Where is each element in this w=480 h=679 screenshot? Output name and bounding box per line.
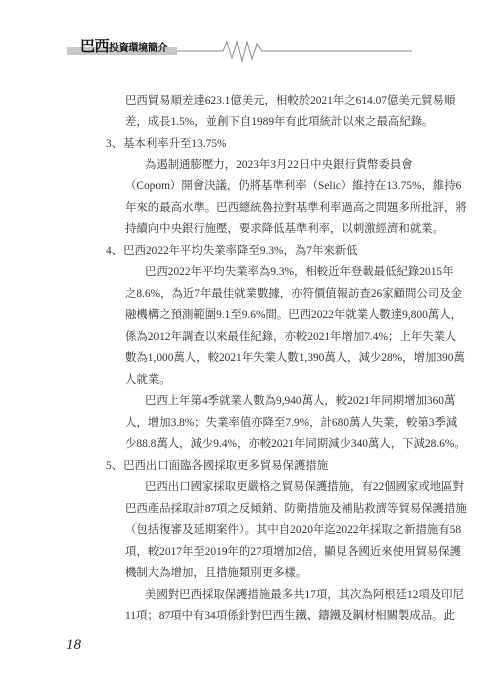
paragraph-line: 人，增加3.8%；失業率值亦降至7.9%，計680萬人失業，較第3季減 [125, 416, 412, 430]
paragraph-line: 融機構之預測範圍9.1至9.6%間。巴西2022年就業人數達9,800萬人， [125, 308, 412, 322]
paragraph-line: 之8.6%，為近7年最佳就業數據，亦符價值報訪查26家顧問公司及金 [125, 287, 412, 301]
paragraph-line: （包括復審及延期案件）。其中自2020年迄2022年採取之新措施有58 [125, 523, 412, 537]
paragraph-line: 少88.8萬人，減少9.4%，亦較2021年同期減少340萬人，下減28.6%。 [125, 437, 412, 451]
paragraph-line: 11項；87項中有34項係針對巴西生鐵、鑄鐵及鋼材相關製成品。此 [125, 609, 412, 623]
paragraph-line: 人就業。 [125, 373, 412, 387]
paragraph-line: 巴西2022年平均失業率為9.3%，相較近年登載最低紀錄2015年 [145, 265, 412, 279]
document-body: 巴西貿易順差達623.1億美元，相較於2021年之614.07億美元貿易順 差，… [0, 0, 480, 679]
paragraph-line: 巴西上年第4季就業人數為9,940萬人，較2021年同期增加360萬 [145, 394, 412, 408]
paragraph-line: 係為2012年調查以來最佳紀錄，亦較2021年增加7.4%；上年失業人 [125, 330, 412, 344]
paragraph-line: 巴西出口國家採取更嚴格之貿易保護措施，有22個國家或地區對 [145, 480, 412, 494]
paragraph-line: 機制大為增加，且措施類別更多樣。 [125, 566, 412, 580]
section-heading-4: 4、巴西2022年平均失業率降至9.3%，為7年來新低 [106, 244, 358, 258]
paragraph-line: 差，成長1.5%，並創下自1989年有此項統計以來之最高紀錄。 [125, 115, 412, 129]
paragraph-line: 美國對巴西採取保護措施最多共17項，其次為阿根廷12項及印尼 [145, 588, 412, 602]
paragraph-line: 年來的最高水準。巴西總統魯拉對基準利率過高之問題多所批評，將 [125, 201, 412, 215]
section-heading-3: 3、基本利率升至13.75% [106, 137, 227, 151]
paragraph-line: 巴西產品採取計87項之反傾銷、防衛措施及補貼救濟等貿易保護措施 [125, 502, 412, 516]
paragraph-line: 項，較2017年至2019年的27項增加2倍，顯見各國近來使用貿易保護 [125, 545, 412, 559]
paragraph-line: 巴西貿易順差達623.1億美元，相較於2021年之614.07億美元貿易順 [125, 94, 412, 108]
section-heading-5: 5、巴西出口面臨各國採取更多貿易保護措施 [106, 459, 328, 473]
paragraph-line: （Copom）開會決議，仍將基準利率（Selic）維持在13.75%，維持6 [125, 179, 412, 193]
paragraph-line: 數為1,000萬人，較2021年失業人數1,390萬人，減少28%，增加390萬 [125, 351, 412, 365]
paragraph-line: 持續向中央銀行施壓，要求降低基準利率，以刺激經濟和就業。 [125, 222, 412, 236]
page-number: 18 [66, 637, 81, 654]
paragraph-line: 為遏制通膨壓力，2023年3月22日中央銀行貨幣委員會 [145, 158, 412, 172]
